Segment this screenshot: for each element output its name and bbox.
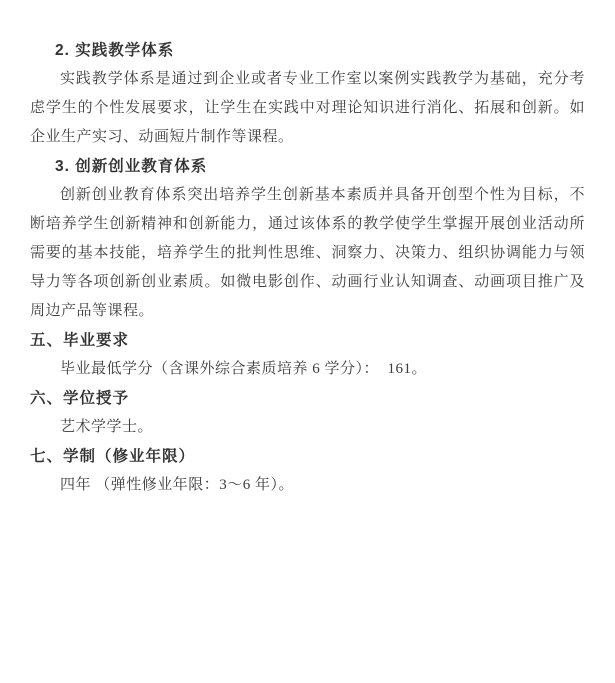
- schooling-length-line: 四年 （弹性修业年限：3～6 年）。: [30, 471, 585, 500]
- section-practice-teaching-heading: 2. 实践教学体系: [30, 36, 585, 65]
- section-schooling-length-heading: 七、学制（修业年限）: [30, 442, 585, 471]
- section-innovation-education-heading: 3. 创新创业教育体系: [30, 152, 585, 181]
- graduation-minimum-credits-line: 毕业最低学分（含课外综合素质培养 6 学分）： 161。: [30, 355, 585, 384]
- section-practice-teaching-paragraph: 实践教学体系是通过到企业或者专业工作室以案例实践教学为基础，充分考虑学生的个性发…: [30, 65, 585, 152]
- section-innovation-education-paragraph: 创新创业教育体系突出培养学生创新基本素质并具备开创型个性为目标，不断培养学生创新…: [30, 181, 585, 326]
- section-graduation-requirements-heading: 五、毕业要求: [30, 326, 585, 355]
- degree-conferral-line: 艺术学学士。: [30, 413, 585, 442]
- document-page: 2. 实践教学体系 实践教学体系是通过到企业或者专业工作室以案例实践教学为基础，…: [0, 0, 615, 683]
- section-degree-conferral-heading: 六、学位授予: [30, 384, 585, 413]
